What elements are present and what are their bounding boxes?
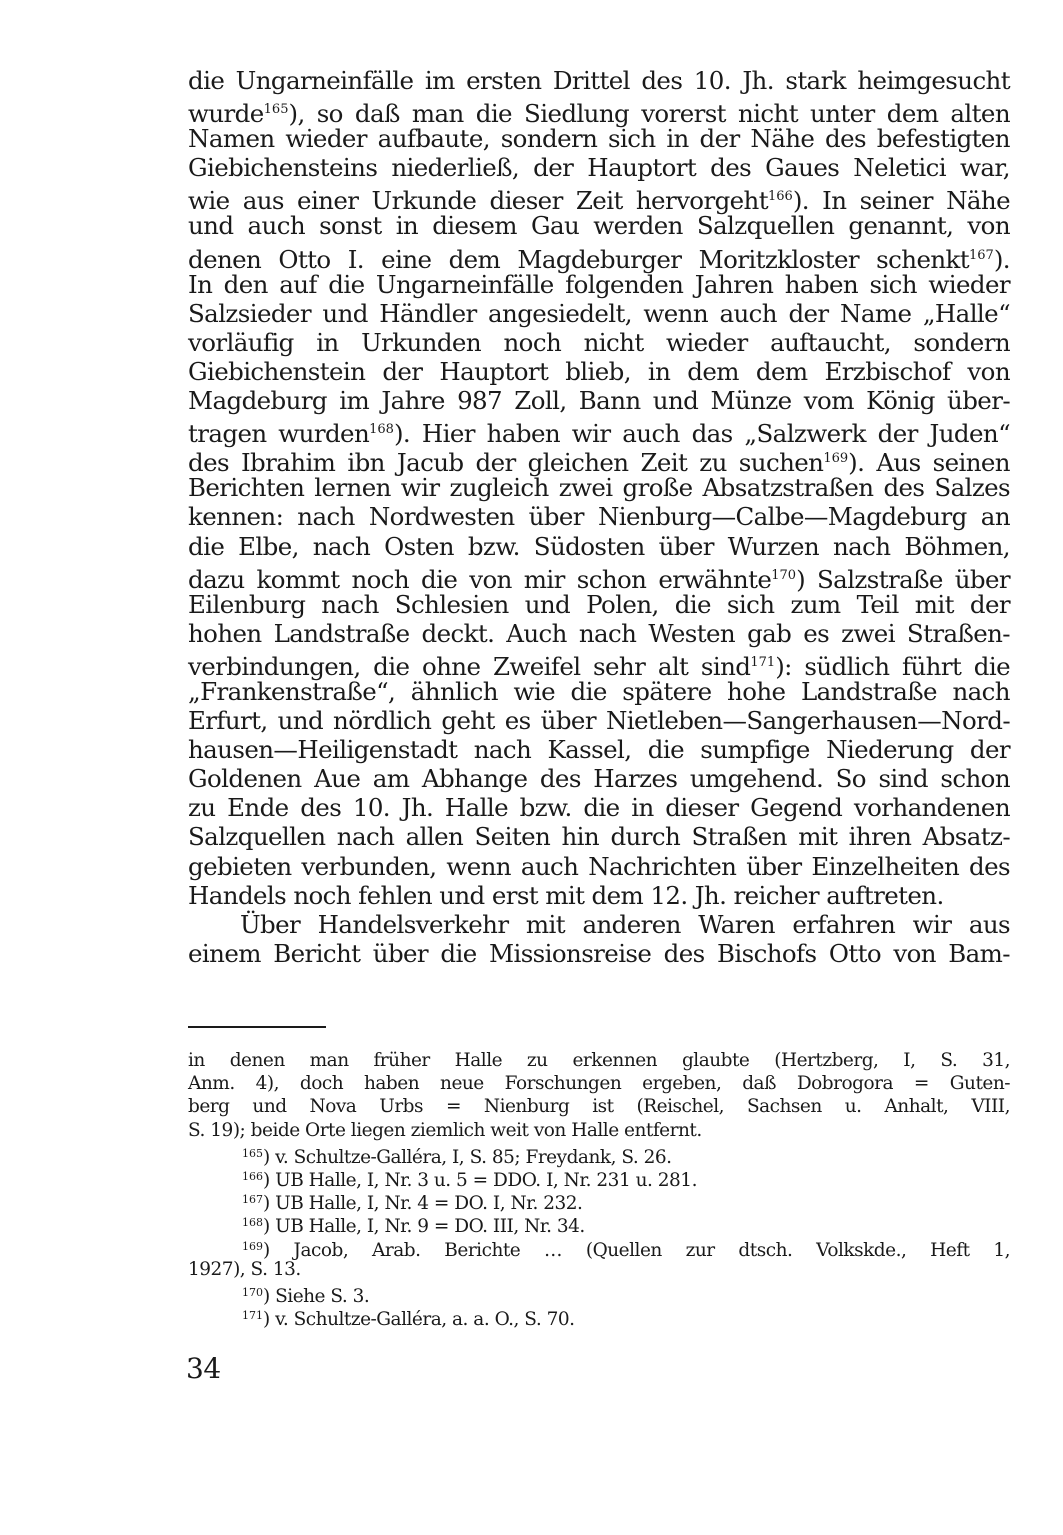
text-line: vorläufig in Urkunden noch nicht wieder … xyxy=(188,328,1010,357)
text-line: Salzsieder und Händler angesiedelt, wenn… xyxy=(188,299,1010,328)
text-line: Eilenburg nach Schlesien und Polen, die … xyxy=(188,590,1010,619)
text-line: kennen: nach Nordwesten über Nienburg—Ca… xyxy=(188,502,1010,531)
text-line: hausen—Heiligenstadt nach Kassel, die su… xyxy=(188,735,1010,764)
text-line: wie aus einer Urkunde dieser Zeit hervor… xyxy=(188,182,1010,211)
footnote-number: 170 xyxy=(242,1286,263,1299)
text-line: wurde165), so daß man die Siedlung vorer… xyxy=(188,95,1010,124)
footnote-167: 167) UB Halle, I, Nr. 4 = DO. I, Nr. 232… xyxy=(188,1188,1010,1211)
footnote-number: 166 xyxy=(242,1170,263,1183)
footnote-continuation-line: in denen man früher Halle zu erkennen gl… xyxy=(188,1049,1010,1072)
footnote-divider xyxy=(188,1026,326,1028)
text-line: die Elbe, nach Osten bzw. Südosten über … xyxy=(188,532,1010,561)
text-line: Erfurt, und nördlich geht es über Nietle… xyxy=(188,706,1010,735)
footnote-number: 167 xyxy=(242,1193,263,1206)
footnote-ref[interactable]: 170 xyxy=(771,568,796,583)
text-line: Über Handelsverkehr mit anderen Waren er… xyxy=(188,910,1010,939)
footnote-number: 169 xyxy=(242,1240,263,1253)
footnote-ref[interactable]: 166 xyxy=(768,189,793,204)
text-line: die Ungarneinfälle im ersten Drittel des… xyxy=(188,66,1010,95)
text-line: Goldenen Aue am Abhange des Harzes umgeh… xyxy=(188,764,1010,793)
text-line: Berichten lernen wir zugleich zwei große… xyxy=(188,473,1010,502)
text-line: des Ibrahim ibn Jacub der gleichen Zeit … xyxy=(188,444,1010,473)
footnote-number: 165 xyxy=(242,1147,263,1160)
page-number: 34 xyxy=(186,1352,221,1385)
text-line: Magdeburg im Jahre 987 Zoll, Bann und Mü… xyxy=(188,386,1010,415)
footnote-ref[interactable]: 165 xyxy=(264,102,289,117)
text-line: verbindungen, die ohne Zweifel sehr alt … xyxy=(188,648,1010,677)
footnote-ref[interactable]: 168 xyxy=(369,422,394,437)
footnote-continuation-line: Anm. 4), doch haben neue Forschungen erg… xyxy=(188,1072,1010,1095)
text-line: denen Otto I. eine dem Magdeburger Morit… xyxy=(188,241,1010,270)
footnote-ref[interactable]: 171 xyxy=(750,655,775,670)
text-line: Giebichenstein der Hauptort blieb, in de… xyxy=(188,357,1010,386)
text-line: Handels noch fehlen und erst mit dem 12.… xyxy=(188,881,1010,910)
footnotes: in denen man früher Halle zu erkennen gl… xyxy=(188,1049,1010,1327)
document-page: die Ungarneinfälle im ersten Drittel des… xyxy=(0,0,1063,1535)
footnote-continuation-line: S. 19); beide Orte liegen ziemlich weit … xyxy=(188,1119,1010,1142)
footnote-169: 169) Jacob, Arab. Berichte … (Quellen zu… xyxy=(188,1235,1010,1258)
text-line: zu Ende des 10. Jh. Halle bzw. die in di… xyxy=(188,793,1010,822)
main-text: die Ungarneinfälle im ersten Drittel des… xyxy=(188,66,1010,968)
text-line: Namen wieder aufbaute, sondern sich in d… xyxy=(188,124,1010,153)
footnote-number: 168 xyxy=(242,1216,263,1229)
text-line: und auch sonst in diesem Gau werden Salz… xyxy=(188,211,1010,240)
footnote-171: 171) v. Schultze-Galléra, a. a. O., S. 7… xyxy=(188,1304,1010,1327)
text-line: hohen Landstraße deckt. Auch nach Westen… xyxy=(188,619,1010,648)
text-line: Giebichensteins niederließ, der Hauptort… xyxy=(188,153,1010,182)
footnote-168: 168) UB Halle, I, Nr. 9 = DO. III, Nr. 3… xyxy=(188,1211,1010,1234)
text-line: dazu kommt noch die von mir schon erwähn… xyxy=(188,561,1010,590)
footnote-number: 171 xyxy=(242,1309,263,1322)
text-line: Salzquellen nach allen Seiten hin durch … xyxy=(188,822,1010,851)
footnote-170: 170) Siehe S. 3. xyxy=(188,1281,1010,1304)
footnote-ref[interactable]: 169 xyxy=(823,451,848,466)
footnote-165: 165) v. Schultze-Galléra, I, S. 85; Frey… xyxy=(188,1142,1010,1165)
text-line: einem Bericht über die Missionsreise des… xyxy=(188,939,1010,968)
text-line: „Frankenstraße“, ähnlich wie die spätere… xyxy=(188,677,1010,706)
text-line: gebieten verbunden, wenn auch Nachrichte… xyxy=(188,852,1010,881)
footnote-ref[interactable]: 167 xyxy=(969,248,994,263)
footnote-166: 166) UB Halle, I, Nr. 3 u. 5 = DDO. I, N… xyxy=(188,1165,1010,1188)
text-line: tragen wurden168). Hier haben wir auch d… xyxy=(188,415,1010,444)
footnote-169-continuation: 1927), S. 13. xyxy=(188,1258,1010,1281)
footnote-continuation-line: berg und Nova Urbs = Nienburg ist (Reisc… xyxy=(188,1095,1010,1118)
text-line: In den auf die Ungarneinfälle folgenden … xyxy=(188,270,1010,299)
